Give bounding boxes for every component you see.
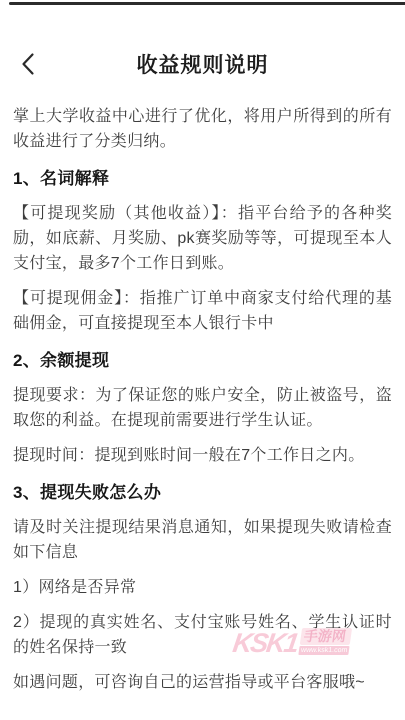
paragraph-contact: 如遇问题，可咨询自己的运营指导或平台客服哦~: [13, 670, 392, 695]
intro-paragraph: 掌上大学收益中心进行了优化，将用户所得到的所有收益进行了分类归纳。: [13, 104, 392, 154]
chevron-left-icon: [21, 52, 35, 76]
rules-content: 掌上大学收益中心进行了优化，将用户所得到的所有收益进行了分类归纳。 1、名词解释…: [0, 104, 405, 695]
page-title: 收益规则说明: [137, 49, 269, 79]
paragraph-check-2: 2）提现的真实姓名、支付宝账号姓名、学生认证时的姓名保持一致: [13, 610, 392, 660]
back-button[interactable]: [14, 50, 42, 78]
paragraph-reward: 【可提现奖励（其他收益）】：指平台给予的各种奖励，如底薪、月奖励、pk赛奖励等等…: [13, 201, 392, 276]
section-heading-1: 1、名词解释: [13, 166, 392, 191]
paragraph-commission: 【可提现佣金】：指推广订单中商家支付给代理的基础佣金，可直接提现至本人银行卡中: [13, 286, 392, 336]
nav-bar: 收益规则说明: [0, 44, 405, 84]
paragraph-check-1: 1）网络是否异常: [13, 575, 392, 600]
paragraph-time: 提现时间：提现到账时间一般在7个工作日之内。: [13, 443, 392, 468]
revenue-rules-page: 收益规则说明 掌上大学收益中心进行了优化，将用户所得到的所有收益进行了分类归纳。…: [0, 0, 405, 720]
paragraph-notice: 请及时关注提现结果消息通知，如果提现失败请检查如下信息: [13, 515, 392, 565]
top-divider-line: [9, 2, 405, 5]
section-heading-2: 2、余额提现: [13, 348, 392, 373]
section-heading-3: 3、提现失败怎么办: [13, 480, 392, 505]
paragraph-requirement: 提现要求：为了保证您的账户安全，防止被盗号，盗取您的利益。在提现前需要进行学生认…: [13, 383, 392, 433]
